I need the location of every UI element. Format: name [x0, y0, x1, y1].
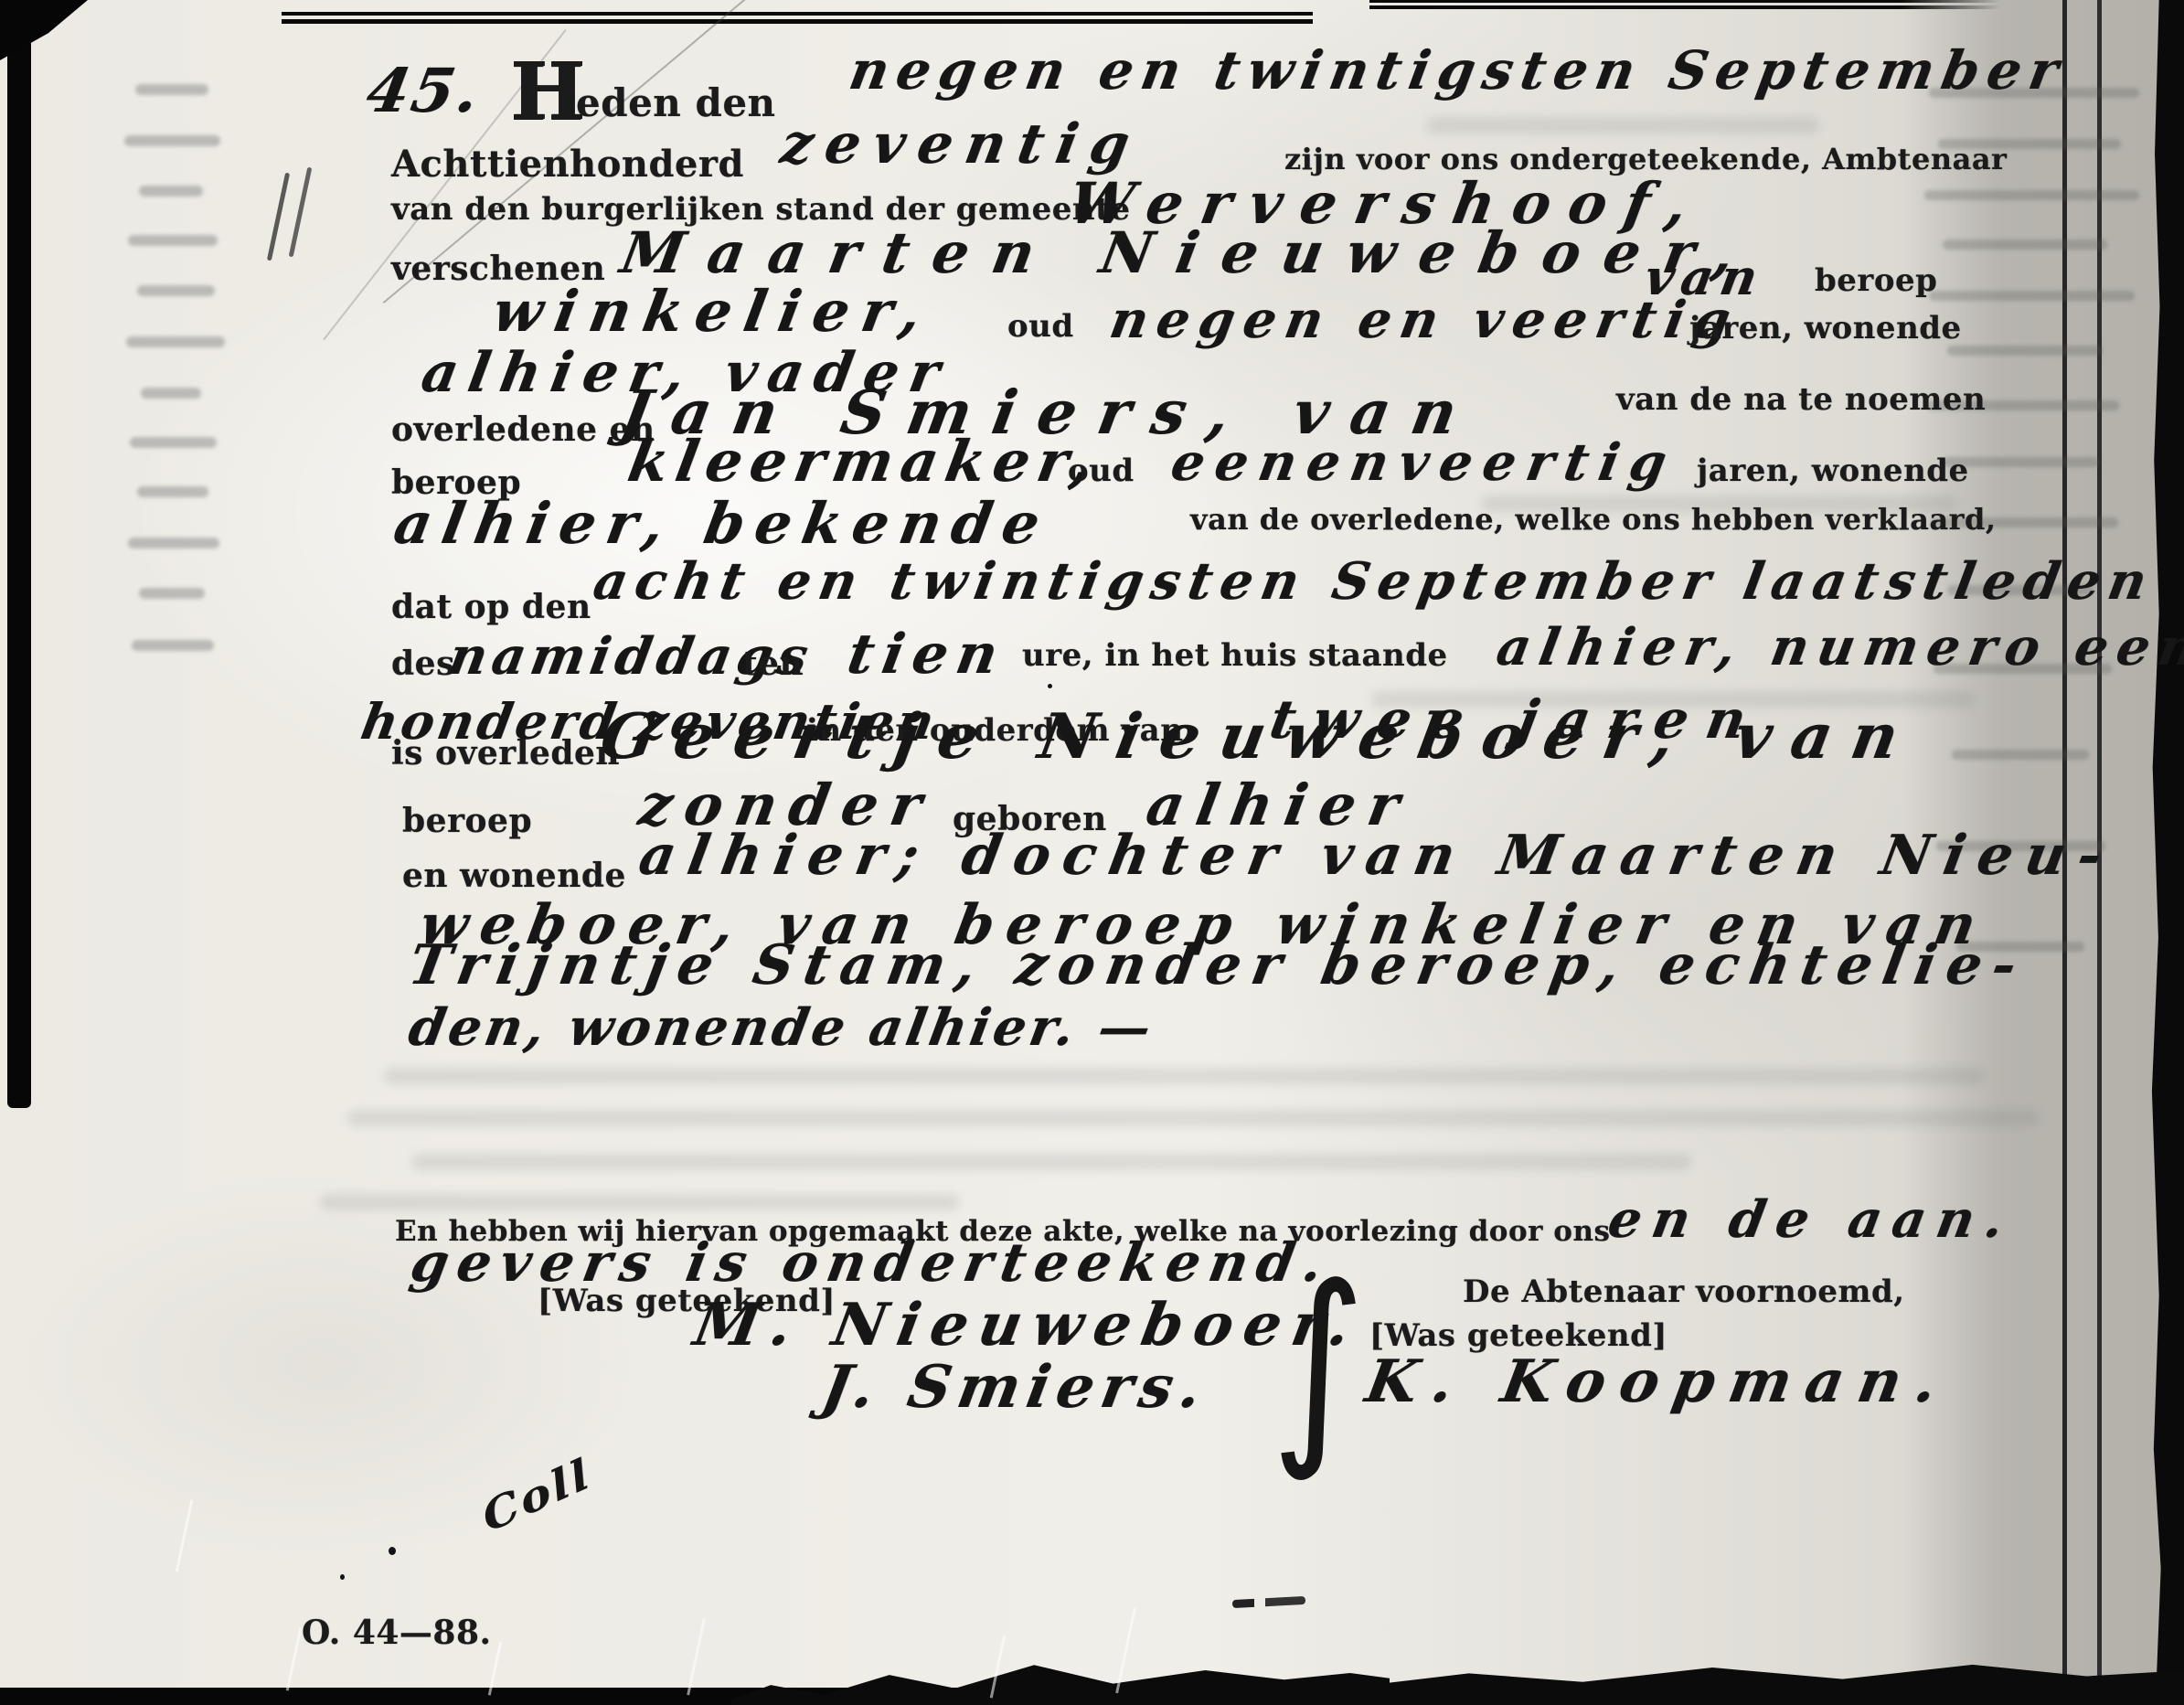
- hw-date-day-month: negen en twintigsten September: [846, 44, 2071, 97]
- bleed-through-mark: [130, 437, 217, 448]
- bleed-through-streak: [384, 1068, 1984, 1084]
- hw-residence-line1: alhier; dochter van Maarten Nieu-: [635, 828, 2119, 883]
- ink-speck-1: [389, 1547, 396, 1555]
- hw-declarant2-age: eenenveertig: [1167, 437, 1681, 488]
- bleed-through-mark: [139, 186, 203, 197]
- ink-speck-3: [1048, 684, 1052, 688]
- hw-closing-cont: en de aan.: [1604, 1194, 2019, 1245]
- printed-ambtenaar-voornoemd: De Abtenaar voornoemd,: [1463, 1276, 1905, 1307]
- printed-jaren-wonende-2: jaren, wonende: [1697, 455, 1969, 486]
- hw-signature-official: K. Koopman.: [1361, 1353, 1955, 1412]
- hw-coll-annotation: Coll: [478, 1452, 596, 1539]
- death-certificate-scan: 45. H eden den negen en twintigsten Sept…: [0, 0, 2184, 1705]
- hw-year: zeventig: [777, 117, 1146, 172]
- bleed-through-mark: [137, 486, 208, 497]
- pen-mark-2: [289, 167, 313, 258]
- printed-jaren-wonende-1: jaren, wonende: [1689, 313, 1962, 344]
- printed-dat-op-den: dat op den: [391, 591, 591, 623]
- printed-na-te-noemen: van de na te noemen: [1616, 384, 1986, 415]
- printed-beroep-3: beroep: [402, 805, 532, 837]
- hw-house-location: alhier, numero een.: [1493, 622, 2184, 673]
- printed-oud-1: oud: [1007, 311, 1074, 342]
- printed-form-code: O. 44—88.: [302, 1616, 492, 1649]
- bleed-through-mark: [128, 538, 219, 549]
- white-streak: [1115, 1608, 1136, 1694]
- hw-closing-line2: gevers is onderteekend.: [407, 1236, 1336, 1289]
- printed-ure-huis: ure, in het huis staande: [1022, 640, 1448, 671]
- pen-mark-1: [267, 173, 290, 261]
- heden-rest: eden den: [576, 84, 776, 123]
- top-rule-left: [282, 12, 1313, 24]
- bleed-through-streak: [1426, 117, 1819, 133]
- bleed-through-mark: [135, 84, 208, 95]
- bleed-through-streak: [411, 1154, 1691, 1170]
- bleed-through-mark: [128, 235, 218, 246]
- printed-verklaard-line: van de overledene, welke ons hebben verk…: [1190, 505, 1997, 534]
- hw-parents-line1: Trijntje Stam, zonder beroep, echtelie-: [405, 938, 2031, 993]
- hw-death-date: acht en twintigsten September laatstlede…: [590, 556, 2158, 607]
- hw-signature-declarant2: J. Smiers.: [817, 1359, 1212, 1417]
- hw-deceased-name: Geertje Nieuweboer, van: [596, 706, 1923, 768]
- bleed-through-mark: [132, 640, 214, 651]
- printed-beroep-1: beroep: [1815, 265, 1937, 296]
- printed-is-overleden: is overleden: [391, 737, 620, 770]
- heden-initial: H: [510, 53, 585, 132]
- printed-was-geteekend-right: [Was geteekend]: [1369, 1320, 1667, 1351]
- bleed-through-mark: [1929, 291, 2135, 301]
- film-edge-left: [7, 0, 31, 1108]
- bleed-through-mark: [1952, 750, 2089, 760]
- bleed-through-streak: [347, 1110, 2039, 1126]
- printed-en-wonende: en wonende: [402, 859, 626, 892]
- bleed-through-mark: [124, 135, 220, 146]
- hw-declarant2-occupation: kleermaker,: [624, 433, 1105, 490]
- bleed-through-mark: [1943, 240, 2107, 250]
- white-streak: [286, 1627, 302, 1690]
- hw-hour: tien: [844, 627, 1011, 682]
- printed-achttienhonderd: Achttienhonderd: [391, 146, 744, 183]
- hw-signature-declarant1: M. Nieuweboer.: [689, 1296, 1365, 1355]
- hw-declarant2-relation: alhier, bekende: [390, 496, 1055, 552]
- bleed-through-mark: [137, 285, 215, 296]
- bleed-through-mark: [141, 388, 201, 399]
- bleed-through-mark: [1924, 190, 2139, 200]
- bleed-through-mark: [126, 336, 225, 347]
- printed-oud-2: oud: [1068, 455, 1135, 486]
- hw-declarant1-name: Maarten Nieuweboer,: [617, 225, 1763, 282]
- hw-declarant1-age: negen en veertig: [1106, 294, 1743, 346]
- bottom-dash-marks: [1232, 1596, 1305, 1608]
- bleed-through-mark: [1947, 346, 2103, 356]
- printed-ten: ten: [742, 647, 804, 680]
- hw-declarant1-occupation: winkelier,: [489, 283, 939, 340]
- bleed-through-streak: [320, 1194, 960, 1210]
- bleed-through-mark: [139, 588, 205, 599]
- white-streak: [687, 1619, 706, 1696]
- hw-parents-line2: den, wonende alhier. —: [405, 1002, 1158, 1053]
- ink-speck-2: [340, 1574, 345, 1580]
- film-corner-blob: [0, 0, 88, 60]
- bottom-blob-left: [731, 1638, 1390, 1705]
- act-number: 45.: [362, 60, 485, 121]
- white-streak: [176, 1500, 194, 1572]
- signature-flourish: ∫: [1271, 1259, 1366, 1469]
